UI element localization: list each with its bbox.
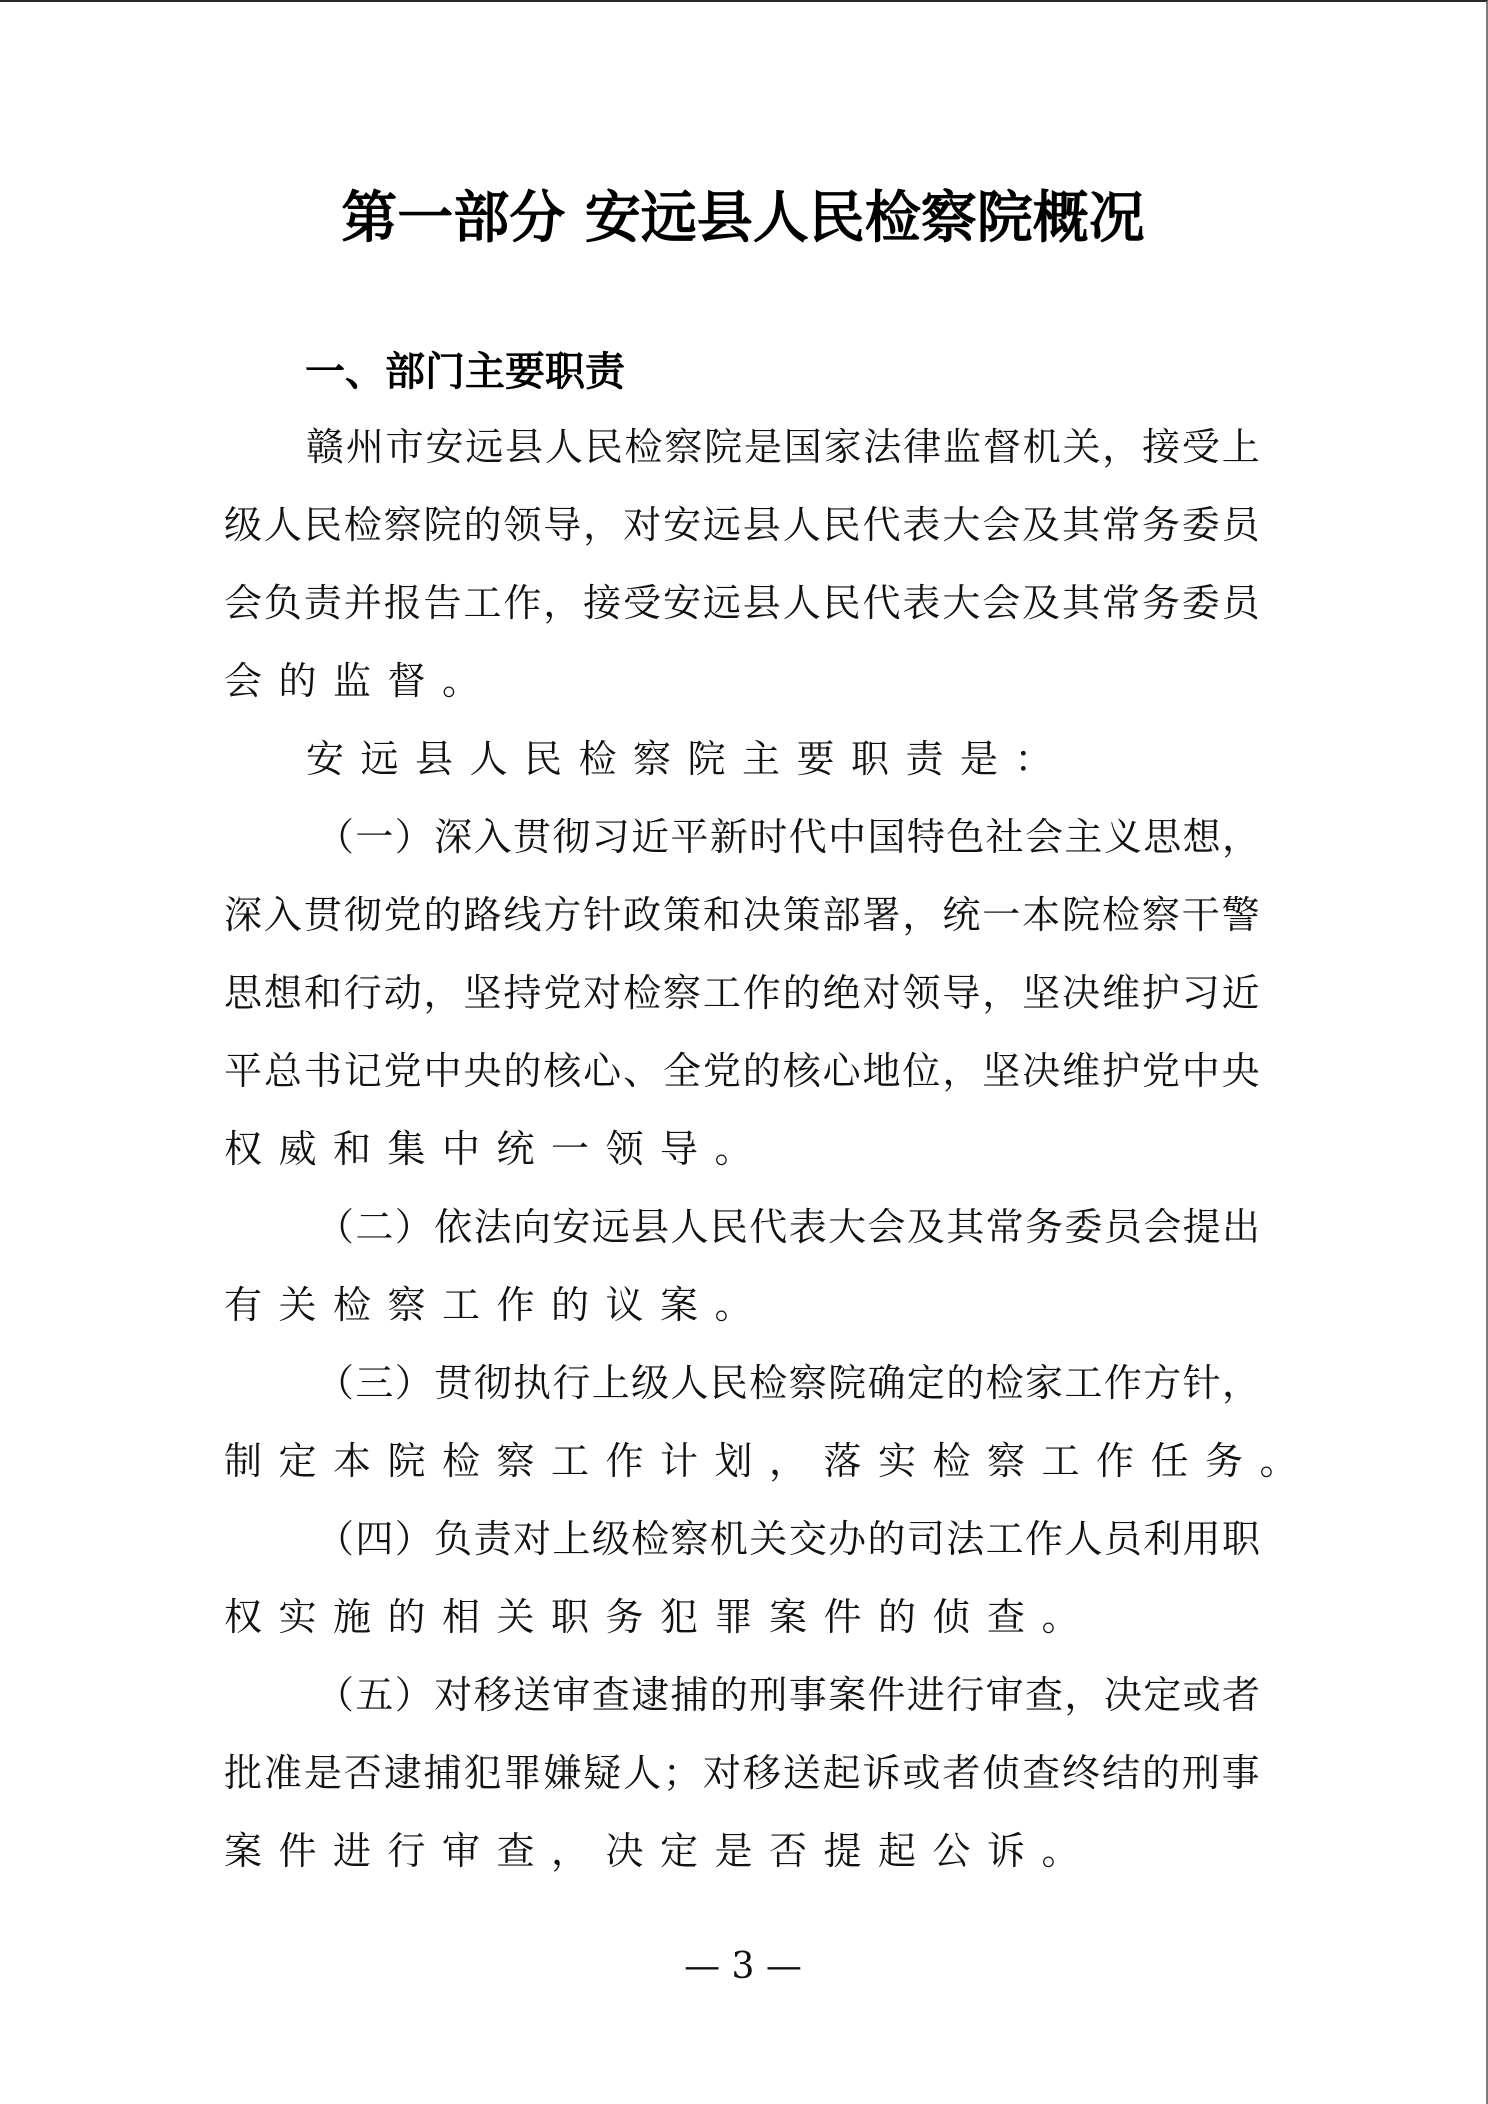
paragraph-intro-line: 赣州市安远县人民检察院是国家法律监督机关，接受上 (306, 417, 1260, 477)
list-item-1-line: （一）深入贯彻习近平新时代中国特色社会主义思想， (316, 807, 1260, 867)
paragraph-intro-line: 级人民检察院的领导，对安远县人民代表大会及其常务委员 (224, 495, 1260, 555)
paragraph-intro-line: 会的监督。 (224, 651, 497, 711)
page-number: — 3 — (0, 1942, 1486, 1992)
list-item-5-line: 案件进行审查，决定是否提起公诉。 (224, 1821, 1096, 1881)
list-item-2-line: 有关检察工作的议案。 (224, 1275, 769, 1335)
list-item-5-line: （五）对移送审查逮捕的刑事案件进行审查，决定或者 (316, 1665, 1260, 1725)
list-item-2-line: （二）依法向安远县人民代表大会及其常务委员会提出 (316, 1197, 1260, 1257)
list-item-4-line: 权实施的相关职务犯罪案件的侦查。 (224, 1587, 1096, 1647)
section-heading: 一、部门主要职责 (305, 342, 625, 402)
list-item-1-line: 深入贯彻党的路线方针政策和决策部署，统一本院检察干警 (224, 885, 1260, 945)
paragraph-lead-line: 安远县人民检察院主要职责是： (306, 729, 1069, 789)
list-item-5-line: 批准是否逮捕犯罪嫌疑人；对移送起诉或者侦查终结的刑事 (224, 1743, 1260, 1803)
list-item-1-line: 平总书记党中央的核心、全党的核心地位，坚决维护党中央 (224, 1041, 1260, 1101)
list-item-1-line: 思想和行动，坚持党对检察工作的绝对领导，坚决维护习近 (224, 963, 1260, 1023)
list-item-4-line: （四）负责对上级检察机关交办的司法工作人员利用职 (316, 1509, 1260, 1569)
document-page: 第一部分 安远县人民检察院概况 一、部门主要职责 赣州市安远县人民检察院是国家法… (0, 0, 1488, 2104)
page-title: 第一部分 安远县人民检察院概况 (0, 184, 1486, 254)
paragraph-intro-line: 会负责并报告工作，接受安远县人民代表大会及其常务委员 (224, 573, 1260, 633)
list-item-1-line: 权威和集中统一领导。 (224, 1119, 769, 1179)
list-item-3-line: 制定本院检察工作计划，落实检察工作任务。 (224, 1431, 1314, 1491)
list-item-3-line: （三）贯彻执行上级人民检察院确定的检家工作方针， (316, 1353, 1260, 1413)
